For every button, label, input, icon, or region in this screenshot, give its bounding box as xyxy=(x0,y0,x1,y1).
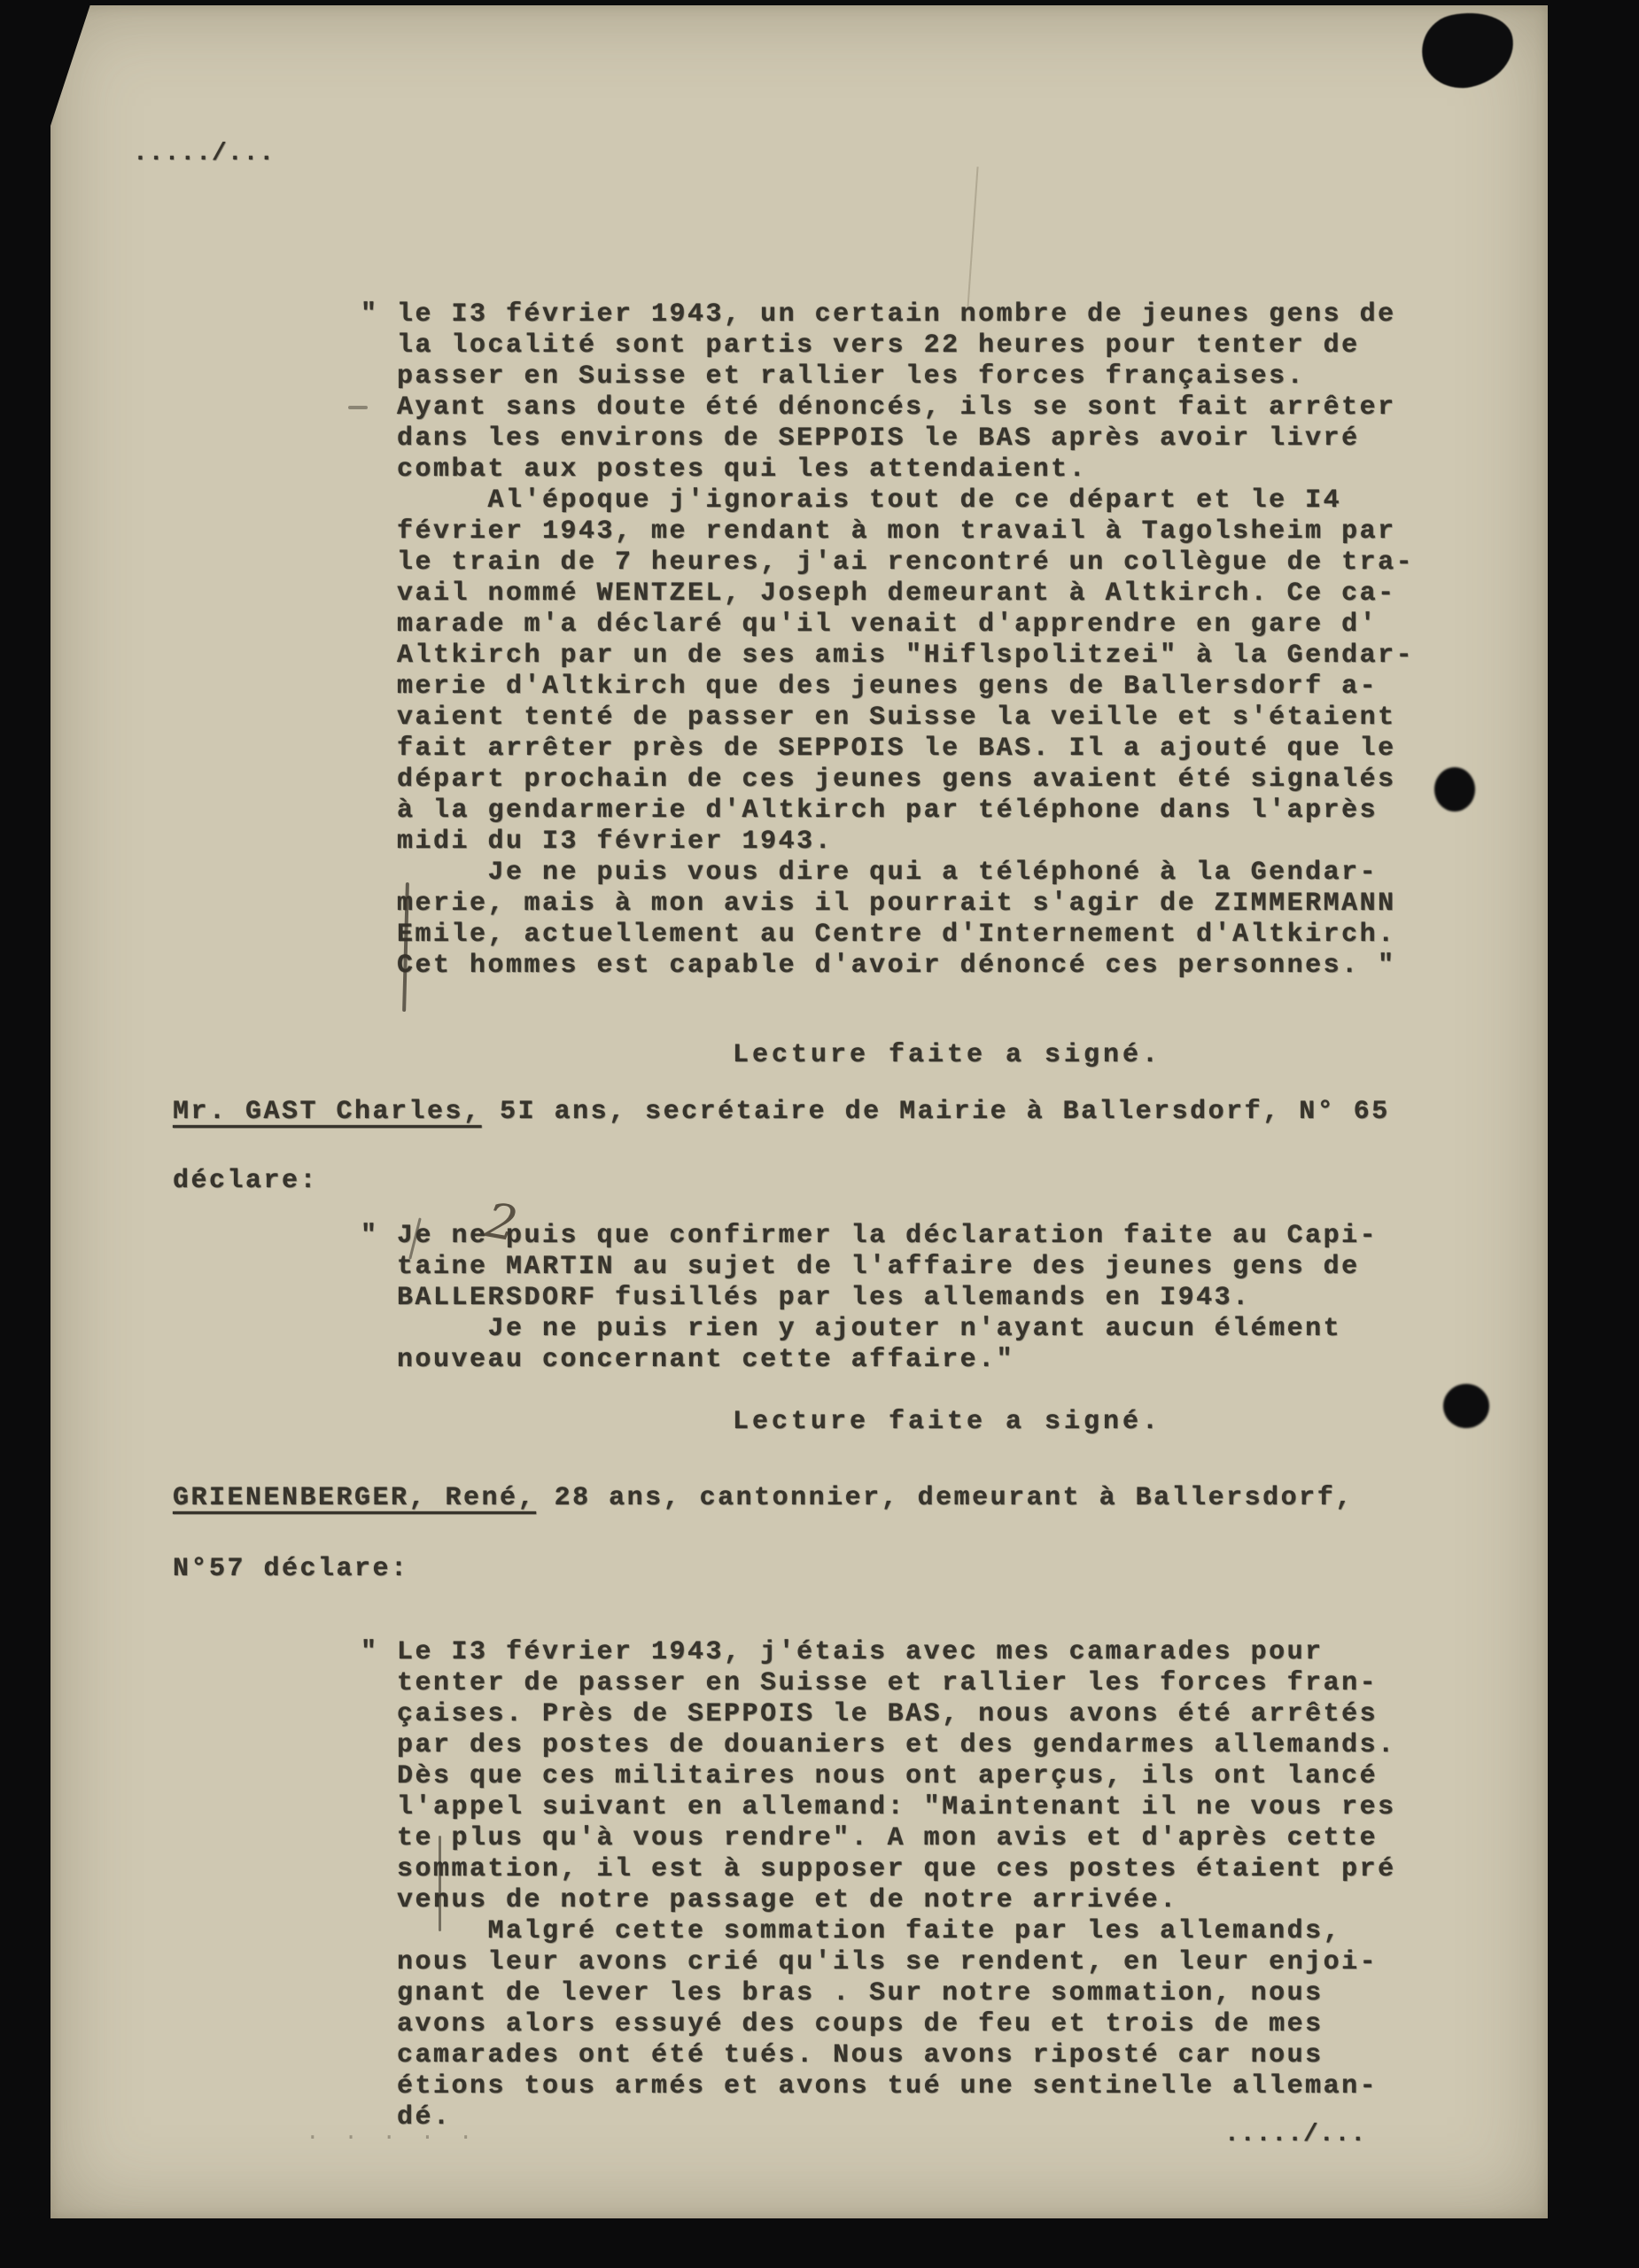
text-line: départ prochain de ces jeunes gens avaie… xyxy=(361,765,1414,796)
text-line: combat aux postes qui les attendaient. xyxy=(361,454,1414,485)
text-line: Je ne puis rien y ajouter n'ayant aucun … xyxy=(361,1314,1378,1345)
text-line: çaises. Près de SEPPOIS le BAS, nous avo… xyxy=(361,1699,1396,1730)
punch-hole xyxy=(1443,1384,1489,1428)
continuation-mark-top: ...../... xyxy=(133,140,275,167)
pen-mark xyxy=(439,1836,441,1931)
lecture-signe-line-2: Lecture faite a signé. xyxy=(733,1407,1161,1437)
deposition-grienenberger-text: " Le I3 février 1943, j'étais avec mes c… xyxy=(361,1637,1396,2133)
text-line: Ayant sans doute été dénoncés, ils se so… xyxy=(361,392,1414,423)
scan-corner-shadow xyxy=(50,4,90,128)
text-line: vail nommé WENTZEL, Joseph demeurant à A… xyxy=(361,579,1414,610)
text-line: par des postes de douaniers et des genda… xyxy=(361,1730,1396,1761)
text-line: " le I3 février 1943, un certain nombre … xyxy=(361,299,1414,330)
text-line: Al'époque j'ignorais tout de ce départ e… xyxy=(361,485,1414,517)
text-line: fait arrêter près de SEPPOIS le BAS. Il … xyxy=(361,734,1414,765)
text-line: Cet hommes est capable d'avoir dénoncé c… xyxy=(361,951,1414,982)
pen-mark xyxy=(348,406,368,409)
text-line: sommation, il est à supposer que ces pos… xyxy=(361,1854,1396,1885)
continuation-mark-bottom: ...../... xyxy=(1224,2121,1366,2148)
grienenberger-declare-label: N°57 déclare: xyxy=(173,1554,409,1584)
gast-declare-label: déclare: xyxy=(173,1166,318,1196)
text-line: février 1943, me rendant à mon travail à… xyxy=(361,517,1414,548)
text-line: le train de 7 heures, j'ai rencontré un … xyxy=(361,548,1414,579)
witness-gast-name: Mr. GAST Charles, xyxy=(173,1097,482,1127)
text-line: midi du I3 février 1943. xyxy=(361,827,1414,858)
document-page: ...../... " le I3 février 1943, un certa… xyxy=(50,5,1548,2218)
text-line: taine MARTIN au sujet de l'affaire des j… xyxy=(361,1252,1378,1283)
text-line: à la gendarmerie d'Altkirch par téléphon… xyxy=(361,796,1414,827)
pencil-dots: . . . . . xyxy=(306,2119,478,2146)
text-line: gnant de lever les bras . Sur notre somm… xyxy=(361,1978,1396,2009)
witness-gast-heading: Mr. GAST Charles, 5I ans, secrétaire de … xyxy=(173,1097,1390,1127)
text-line: merie, mais à mon avis il pourrait s'agi… xyxy=(361,889,1414,920)
witness-grienenberger-name: GRIENENBERGER, René, xyxy=(173,1483,536,1513)
witness-grienenberger-details: 28 ans, cantonnier, demeurant à Ballersd… xyxy=(536,1483,1354,1513)
text-line: merie d'Altkirch que des jeunes gens de … xyxy=(361,672,1414,703)
text-line: Dès que ces militaires nous ont aperçus,… xyxy=(361,1761,1396,1792)
witness-gast-details: 5I ans, secrétaire de Mairie à Ballersdo… xyxy=(482,1097,1390,1127)
text-line: te plus qu'à vous rendre". A mon avis et… xyxy=(361,1823,1396,1854)
scan-background: { "page": { "continuation_top": "...../.… xyxy=(0,0,1639,2268)
text-line: Je ne puis vous dire qui a téléphoné à l… xyxy=(361,858,1414,889)
witness-grienenberger-heading: GRIENENBERGER, René, 28 ans, cantonnier,… xyxy=(173,1483,1354,1513)
deposition-martin-text: " le I3 février 1943, un certain nombre … xyxy=(361,299,1414,982)
paper-crease xyxy=(967,167,978,308)
text-line: dans les environs de SEPPOIS le BAS aprè… xyxy=(361,423,1414,454)
text-line: tenter de passer en Suisse et rallier le… xyxy=(361,1668,1396,1699)
text-line: étions tous armés et avons tué une senti… xyxy=(361,2071,1396,2102)
deposition-gast-text: " Je ne puis que confirmer la déclaratio… xyxy=(361,1221,1378,1376)
text-line: la localité sont partis vers 22 heures p… xyxy=(361,330,1414,361)
text-line: l'appel suivant en allemand: "Maintenant… xyxy=(361,1792,1396,1823)
text-line: " Je ne puis que confirmer la déclaratio… xyxy=(361,1221,1378,1252)
text-line: venus de notre passage et de notre arriv… xyxy=(361,1885,1396,1916)
lecture-signe-line-1: Lecture faite a signé. xyxy=(733,1040,1161,1070)
text-line: Altkirch par un de ses amis "Hiflspolitz… xyxy=(361,641,1414,672)
text-line: avons alors essuyé des coups de feu et t… xyxy=(361,2009,1396,2040)
text-line: marade m'a déclaré qu'il venait d'appren… xyxy=(361,610,1414,641)
text-line: Emile, actuellement au Centre d'Internem… xyxy=(361,920,1414,951)
text-line: nouveau concernant cette affaire." xyxy=(361,1345,1378,1376)
punch-hole xyxy=(1434,767,1475,812)
text-line: vaient tenté de passer en Suisse la veil… xyxy=(361,703,1414,734)
text-line: passer en Suisse et rallier les forces f… xyxy=(361,361,1414,392)
text-line: Malgré cette sommation faite par les all… xyxy=(361,1916,1396,1947)
text-line: camarades ont été tués. Nous avons ripos… xyxy=(361,2040,1396,2071)
text-line: " Le I3 février 1943, j'étais avec mes c… xyxy=(361,1637,1396,1668)
text-line: nous leur avons crié qu'ils se rendent, … xyxy=(361,1947,1396,1978)
ink-blot xyxy=(1415,4,1520,96)
text-line: BALLERSDORF fusillés par les allemands e… xyxy=(361,1283,1378,1314)
